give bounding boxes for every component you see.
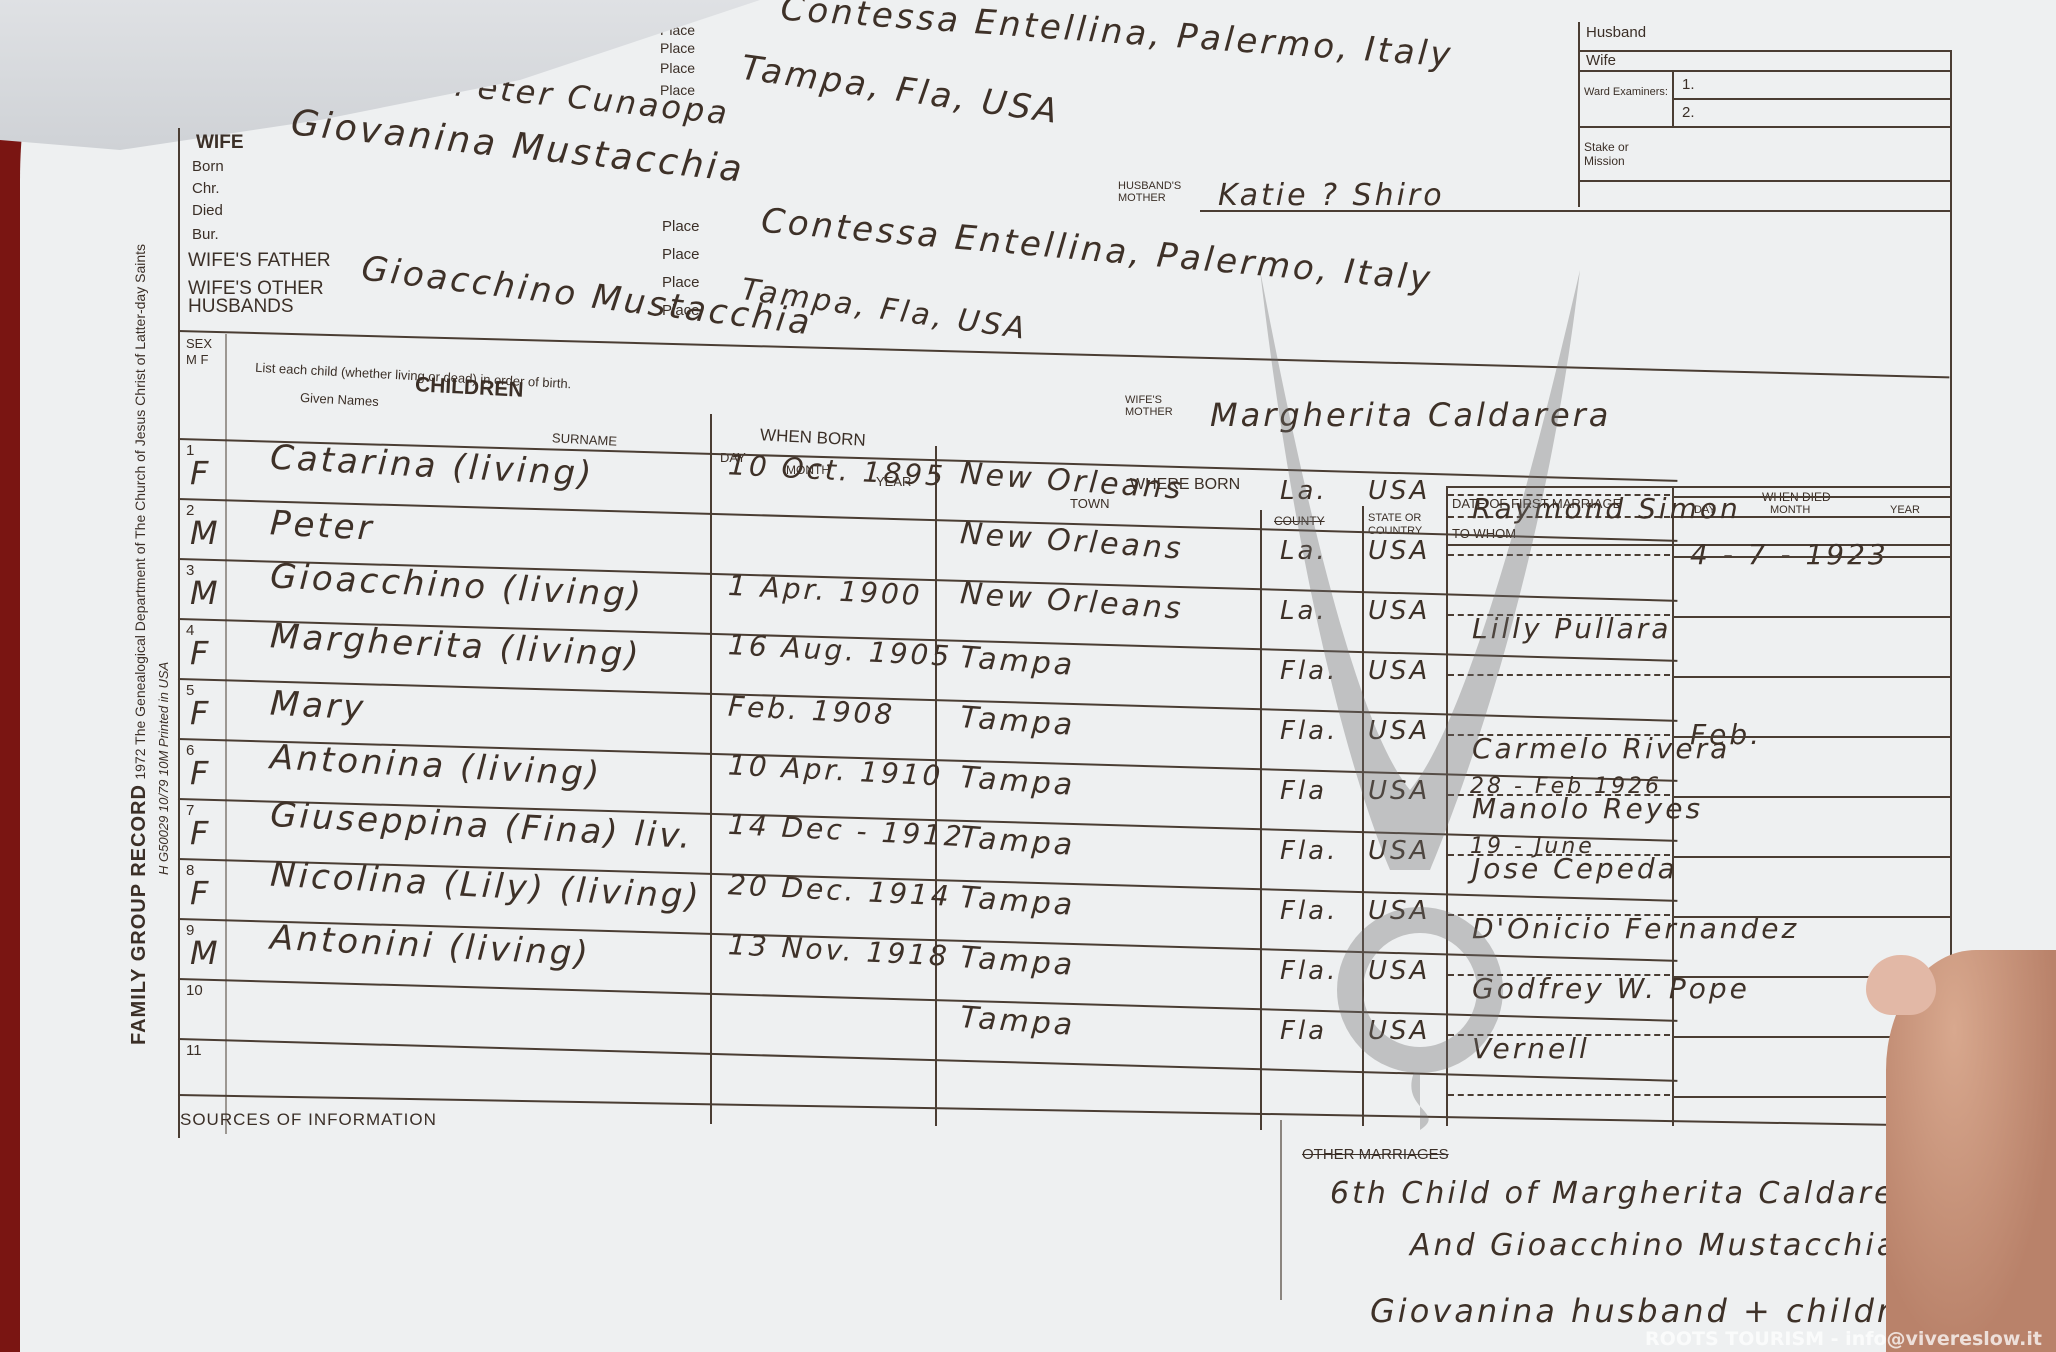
died-divider bbox=[1672, 856, 1950, 858]
sex-header: SEX M F bbox=[186, 336, 216, 368]
child-death-date: Feb. bbox=[1690, 718, 1762, 751]
husband-mother-label: HUSBAND'S MOTHER bbox=[1118, 180, 1198, 204]
bur-label: Bur. bbox=[192, 226, 219, 243]
examiner-2: 2. bbox=[1682, 104, 1695, 121]
note-line-3: Giovanina husband + children bbox=[1370, 1292, 1939, 1330]
wife-mother-label: WIFE'S MOTHER bbox=[1125, 394, 1195, 418]
died-divider bbox=[1672, 556, 1950, 558]
died-divider bbox=[1672, 496, 1950, 498]
died-divider bbox=[1672, 676, 1950, 678]
examiner-1: 1. bbox=[1682, 76, 1695, 93]
died-divider bbox=[1672, 616, 1950, 618]
place-label: Place bbox=[662, 218, 700, 235]
ward-examiners-label: Ward Examiners: bbox=[1584, 86, 1674, 98]
child-sex: M bbox=[190, 514, 221, 552]
stake-mission-label: Stake or Mission bbox=[1584, 140, 1644, 168]
place-label: Place bbox=[660, 40, 695, 56]
child-name: Peter bbox=[269, 503, 376, 548]
place-label: Place bbox=[662, 246, 700, 263]
watermark-text: ROOTS TOURISM - info@vivereslow.it bbox=[1645, 1328, 2042, 1350]
wife-other-husbands-label: WIFE'S OTHER HUSBANDS bbox=[188, 280, 368, 316]
child-sex: F bbox=[190, 454, 211, 492]
row-number: 11 bbox=[186, 1042, 202, 1059]
died-year-header: YEAR bbox=[1890, 504, 1920, 516]
sources-label: SOURCES OF INFORMATION bbox=[180, 1110, 437, 1130]
other-marriages-label: OTHER MARRIAGES bbox=[1302, 1146, 1449, 1163]
office-husband-label: Husband bbox=[1586, 24, 1646, 41]
born-label: Born bbox=[192, 158, 224, 175]
form-side-caption: FAMILY GROUP RECORD 1972 The Genealogica… bbox=[128, 244, 151, 1045]
row-number: 10 bbox=[186, 982, 203, 999]
fingernail bbox=[1866, 955, 1936, 1015]
child-sex: M bbox=[190, 574, 221, 612]
note-line-2: And Gioacchino Mustacchia bbox=[1410, 1228, 1898, 1263]
child-name: Mary bbox=[269, 684, 367, 729]
died-divider bbox=[1672, 916, 1950, 918]
office-wife-label: Wife bbox=[1586, 52, 1616, 69]
child-sex: F bbox=[190, 874, 211, 912]
child-sex: F bbox=[190, 634, 211, 672]
wife-label: WIFE bbox=[196, 132, 244, 154]
died-divider bbox=[1672, 736, 1950, 738]
husband-mother-value: Katie ? Shiro bbox=[1218, 178, 1445, 213]
child-sex: M bbox=[190, 934, 221, 972]
child-sex: F bbox=[190, 694, 211, 732]
died-label: Died bbox=[192, 202, 223, 219]
chr-label: Chr. bbox=[192, 180, 220, 197]
note-line-1: 6th Child of Margherita Caldarera bbox=[1330, 1176, 1932, 1211]
child-death-date: 4 - 7 - 1923 bbox=[1690, 538, 1889, 571]
died-divider bbox=[1672, 796, 1950, 798]
logo-watermark-icon bbox=[1220, 230, 1620, 1130]
wife-father-label: WIFE'S FATHER bbox=[188, 250, 331, 272]
child-sex: F bbox=[190, 814, 211, 852]
place-label: Place bbox=[660, 60, 695, 76]
died-month-header: MONTH bbox=[1770, 504, 1810, 516]
child-sex: F bbox=[190, 754, 211, 792]
